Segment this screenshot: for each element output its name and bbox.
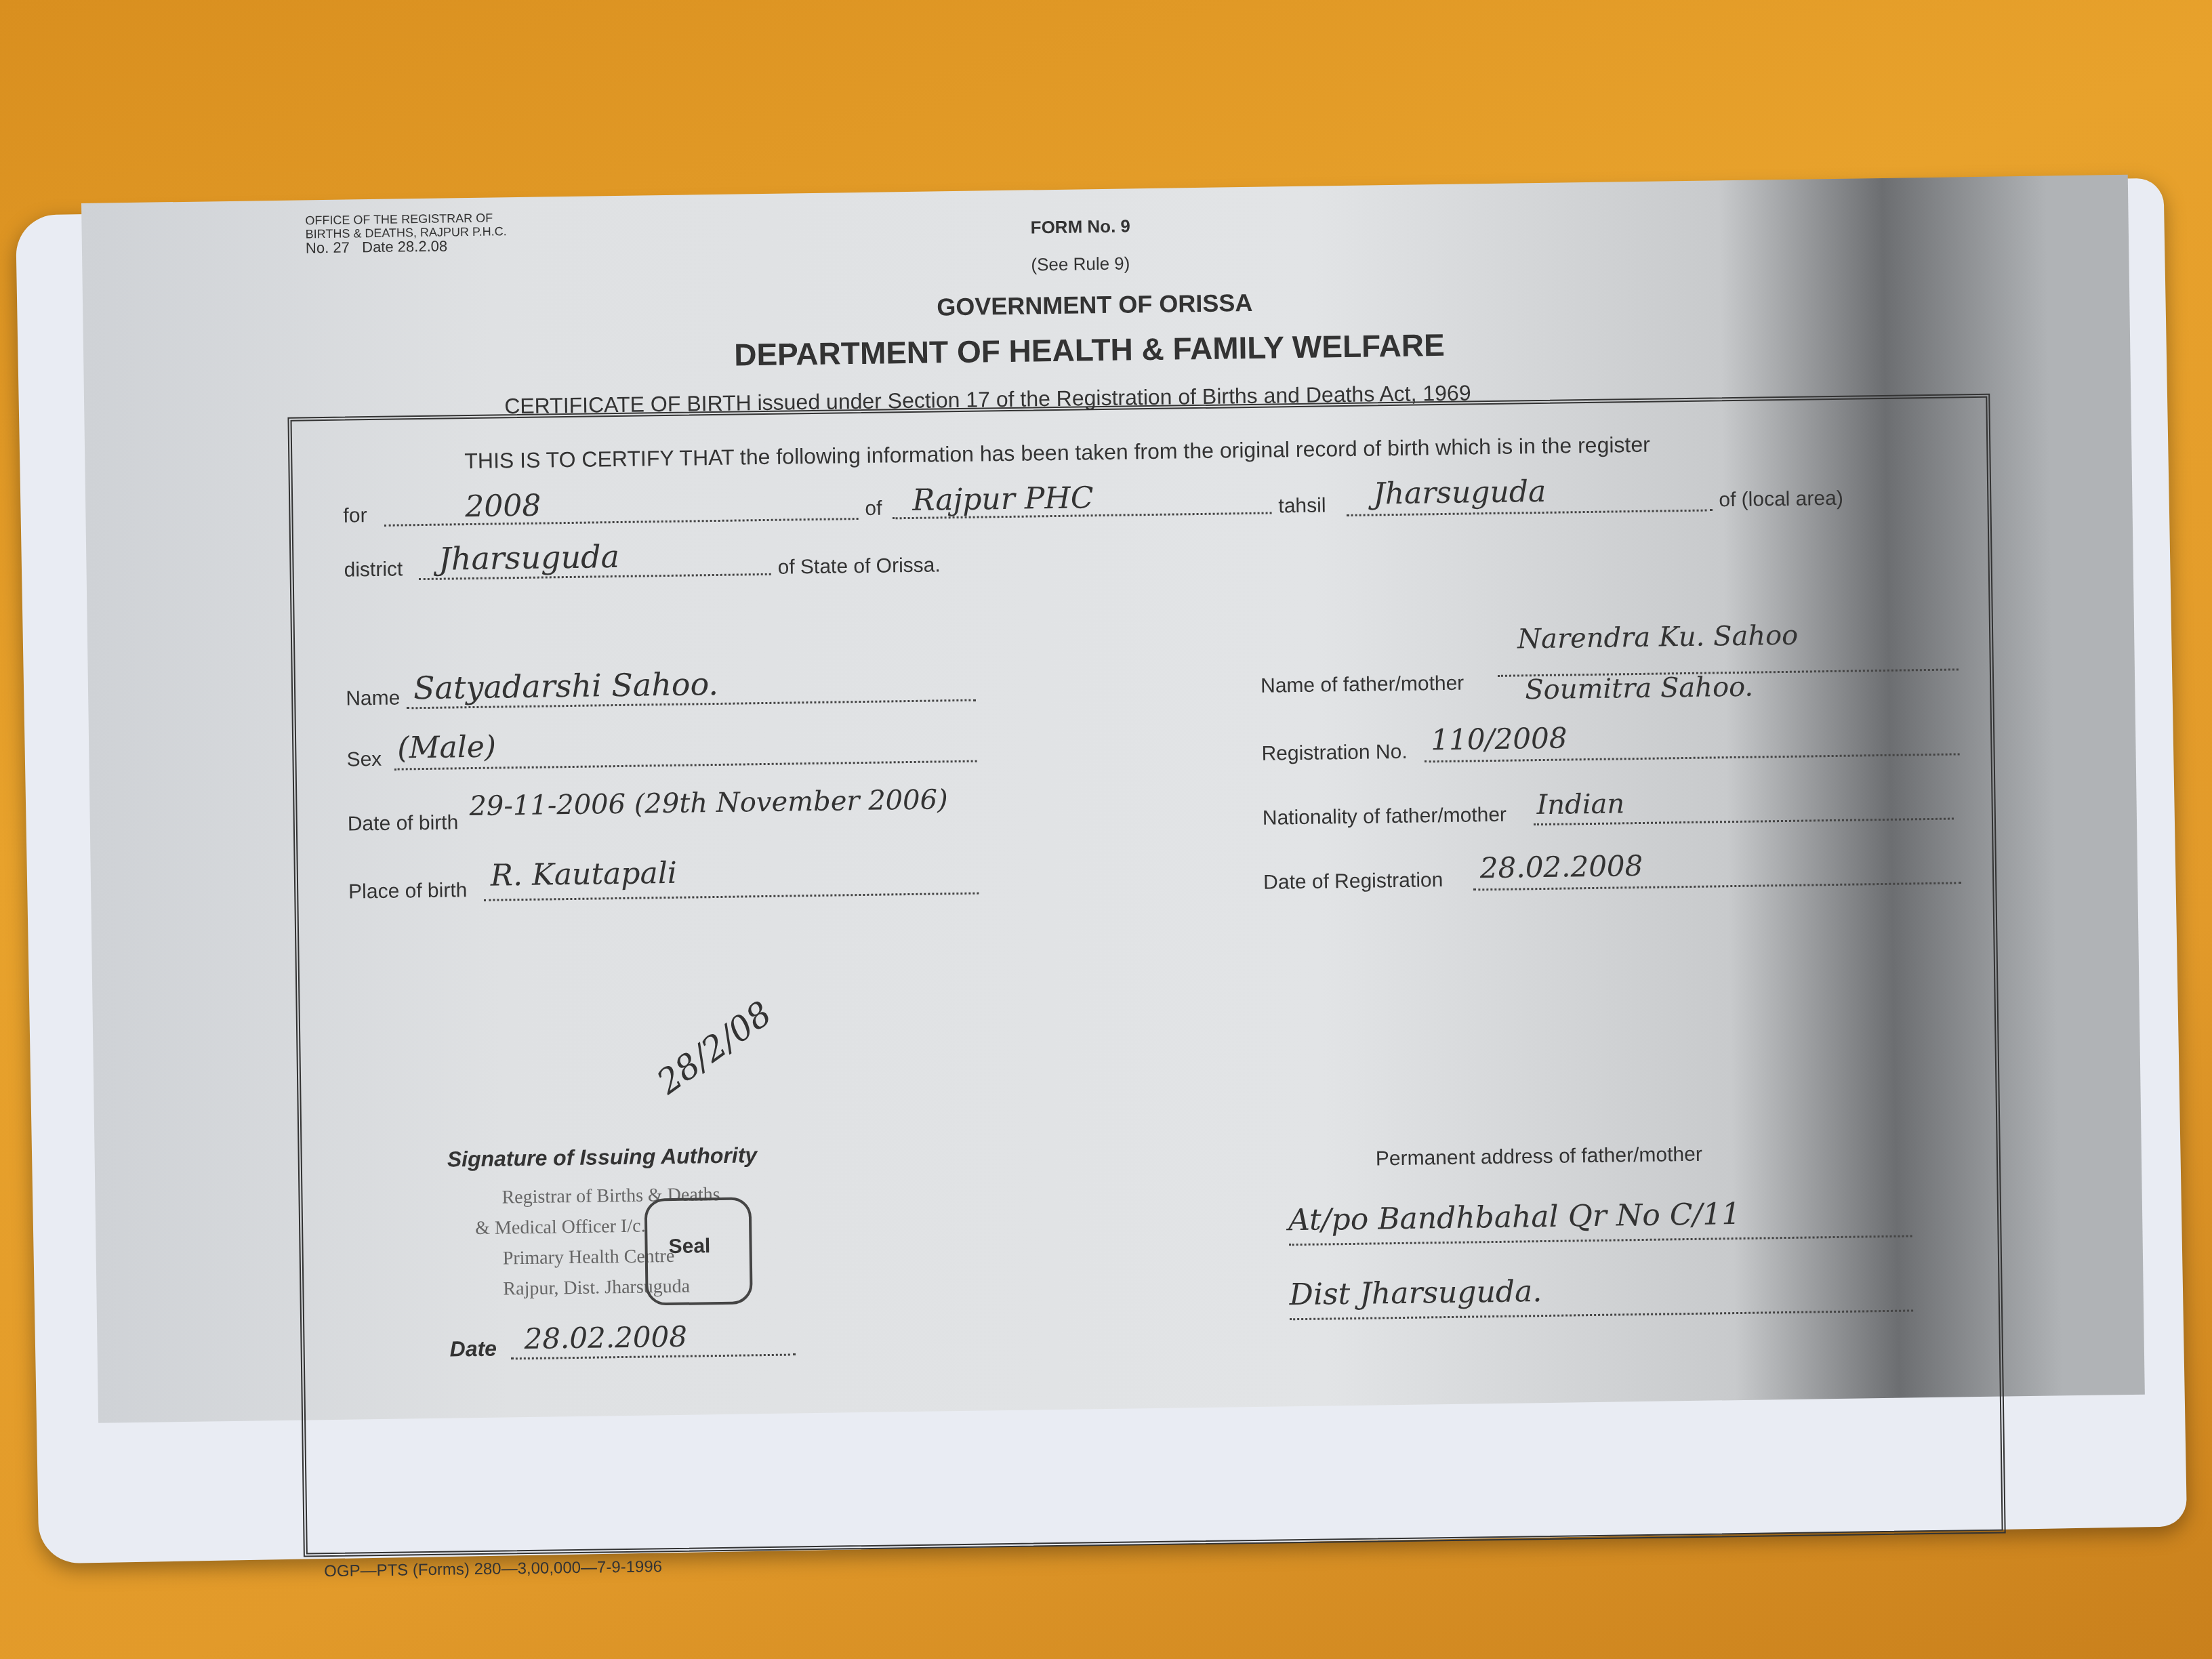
issue-date-value: 28.02.2008 (524, 1320, 687, 1355)
nationality-label: Nationality of father/mother (1263, 804, 1507, 830)
pob-label: Place of birth (348, 879, 468, 903)
tahsil-value: Jharsuguda (1373, 474, 1547, 512)
signature-title: Signature of Issuing Authority (447, 1143, 757, 1172)
nationality-value: Indian (1536, 788, 1624, 821)
sex-label: Sex (346, 748, 382, 772)
mother-name: Soumitra Sahoo. (1525, 672, 1754, 706)
certificate-page: OFFICE OF THE REGISTRAR OF BIRTHS & DEAT… (81, 175, 2145, 1423)
tahsil-label: tahsil (1278, 494, 1326, 518)
dob-label: Date of birth (348, 811, 459, 836)
dor-value: 28.02.2008 (1480, 849, 1643, 884)
address-line2: Dist Jharsuguda. (1289, 1274, 1542, 1312)
department-title: DEPARTMENT OF HEALTH & FAMILY WELFARE (734, 327, 1445, 373)
for-label: for (343, 504, 367, 527)
register-year: 2008 (465, 489, 541, 525)
local-area-label: of (local area) (1719, 487, 1843, 512)
child-name: Satyadarshi Sahoo. (413, 665, 719, 706)
pob-value: R. Kautapali (491, 856, 678, 893)
stamp-no: No. 27 Date 28.2.08 (306, 237, 448, 257)
dob-value: 29-11-2006 (29th November 2006) (469, 784, 948, 822)
issue-date-label: Date (449, 1336, 497, 1362)
seal-label: Seal (668, 1235, 710, 1258)
form-footer: OGP—PTS (Forms) 280—3,00,000—7-9-1996 (324, 1557, 662, 1581)
of-label: of (865, 497, 882, 520)
father-name: Narendra Ku. Sahoo (1517, 620, 1799, 655)
officer-line: & Medical Officer I/c. (475, 1216, 646, 1240)
form-rule: (See Rule 9) (1031, 253, 1130, 275)
district-value: Jharsuguda (438, 538, 619, 577)
name-label: Name (346, 687, 400, 711)
state-label: of State of Orissa. (777, 554, 941, 579)
sex-value: (Male) (397, 730, 496, 766)
registration-value: 110/2008 (1431, 721, 1568, 756)
parent-label: Name of father/mother (1261, 672, 1465, 698)
dor-label: Date of Registration (1263, 869, 1443, 895)
district-label: district (344, 558, 403, 581)
form-number: FORM No. 9 (1030, 216, 1130, 238)
register-office: Rajpur PHC (912, 480, 1094, 518)
address-line1: At/po Bandhbahal Qr No C/11 (1288, 1197, 1741, 1237)
government-title: GOVERNMENT OF ORISSA (937, 289, 1253, 322)
address-label: Permanent address of father/mother (1376, 1143, 1702, 1171)
registration-label: Registration No. (1261, 741, 1408, 766)
